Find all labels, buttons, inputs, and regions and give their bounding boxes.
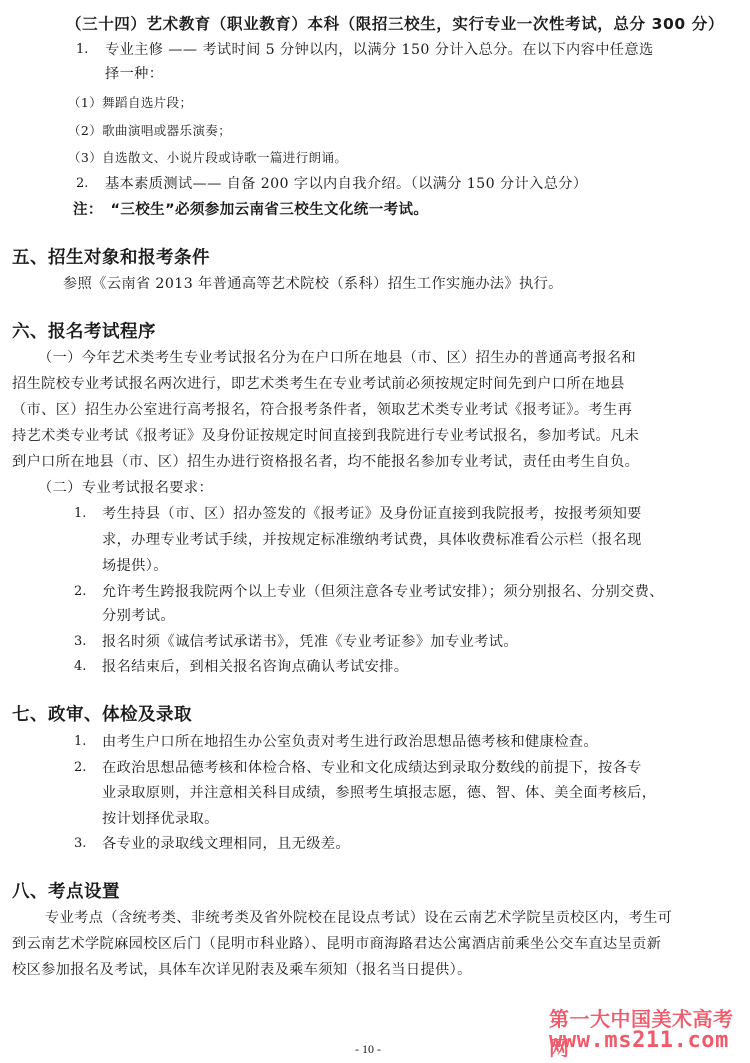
list-number: 3.: [74, 834, 86, 854]
list-number: 2.: [76, 174, 88, 194]
paragraph-line: 招生院校专业考试报名两次进行，即艺术类考生在专业考试前必须按规定时间先到户口所在…: [12, 374, 625, 394]
paragraph-line: 专业考点（含统考类、非统考类及省外院校在昆设点考试）设在云南艺术学院呈贡校区内，…: [45, 908, 672, 928]
paragraph-line: （市、区）招生办公室进行高考报名，符合报考条件者，领取艺术类专业考试《报考证》。…: [12, 400, 632, 420]
list-number: 1.: [76, 40, 88, 60]
option-item: （2）歌曲演唱或器乐演奏；: [68, 121, 231, 141]
list-number: 3.: [74, 632, 86, 652]
paragraph-line: （一）今年艺术类考生专业考试报名分为在户口所在地县（市、区）招生办的普通高考报名…: [38, 348, 636, 368]
list-number: 1.: [74, 732, 86, 752]
section-7-title: 七、政审、体检及录取: [12, 705, 192, 725]
item-text: 专业主修 —— 考试时间 5 分钟以内，以满分 150 分计入总分。在以下内容中…: [105, 40, 654, 60]
paragraph-line: 校区参加报名及考试，具体车次详见附表及乘车须知（报名当日提供）。: [12, 960, 472, 980]
item-text: 求，办理专业考试手续，并按规定标准缴纳考试费，具体收费标准看公示栏（报名现: [102, 530, 642, 550]
list-number: 4.: [74, 657, 86, 677]
item-text: 按计划择优录取。: [102, 809, 219, 829]
list-number: 1.: [74, 504, 86, 524]
list-number: 2.: [74, 758, 86, 778]
subsection-title: （二）专业考试报名要求：: [38, 478, 213, 498]
section-34-title: （三十四）艺术教育（职业教育）本科（限招三校生，实行专业一次性考试，总分 300…: [66, 14, 724, 34]
item-text: 择一种：: [105, 64, 163, 84]
paragraph-line: 到云南艺术学院麻园校区后门（昆明市科业路）、昆明市商海路君达公寓酒店前乘坐公交车…: [12, 934, 661, 954]
page-number: - 10 -: [355, 1042, 381, 1057]
option-item: （3）自选散文、小说片段或诗歌一篇进行朗诵。: [68, 148, 347, 168]
option-item: （1）舞蹈自选片段；: [68, 93, 192, 113]
watermark-url: www.ms211.com: [549, 1028, 729, 1053]
paragraph-line: 到户口所在地县（市、区）招生办进行资格报名者，均不能报名参加专业考试，责任由考生…: [12, 452, 639, 472]
item-text: 在政治思想品德考核和体检合格、专业和文化成绩达到录取分数线的前提下，按各专: [102, 758, 642, 778]
item-text: 考生持县（市、区）招办签发的《报考证》及身份证直接到我院报考，按报考须知要: [102, 504, 642, 524]
item-text: 场提供）。: [102, 556, 168, 576]
item-text: 各专业的录取线文理相同，且无级差。: [102, 834, 350, 854]
note-text: 注： “三校生”必须参加云南省三校生文化统一考试。: [73, 200, 428, 220]
paragraph-line: 持艺术类专业考试《报考证》及身份证按规定时间直接到我院进行专业考试报名，参加考试…: [12, 426, 639, 446]
paragraph: 参照《云南省 2013 年普通高等艺术院校（系科）招生工作实施办法》执行。: [63, 274, 563, 294]
item-text: 允许考生跨报我院两个以上专业（但须注意各专业考试安排）；须分别报名、分别交费、: [102, 582, 664, 602]
item-text: 业录取原则，并注意相关科目成绩，参照考生填报志愿，德、智、体、美全面考核后，: [102, 783, 656, 803]
section-8-title: 八、考点设置: [12, 882, 120, 902]
section-6-title: 六、报名考试程序: [12, 322, 156, 342]
item-text: 报名时须《诚信考试承诺书》，凭准《专业考证参》加专业考试。: [102, 632, 518, 652]
section-5-title: 五、招生对象和报考条件: [12, 248, 210, 268]
list-number: 2.: [74, 582, 86, 602]
item-text: 分别考试。: [102, 606, 175, 626]
item-text: 由考生户口所在地招生办公室负责对考生进行政治思想品德考核和健康检查。: [102, 732, 598, 752]
item-text: 报名结束后，到相关报名咨询点确认考试安排。: [102, 657, 408, 677]
item-text: 基本素质测试—— 自备 200 字以内自我介绍。（以满分 150 分计入总分）: [105, 174, 587, 194]
